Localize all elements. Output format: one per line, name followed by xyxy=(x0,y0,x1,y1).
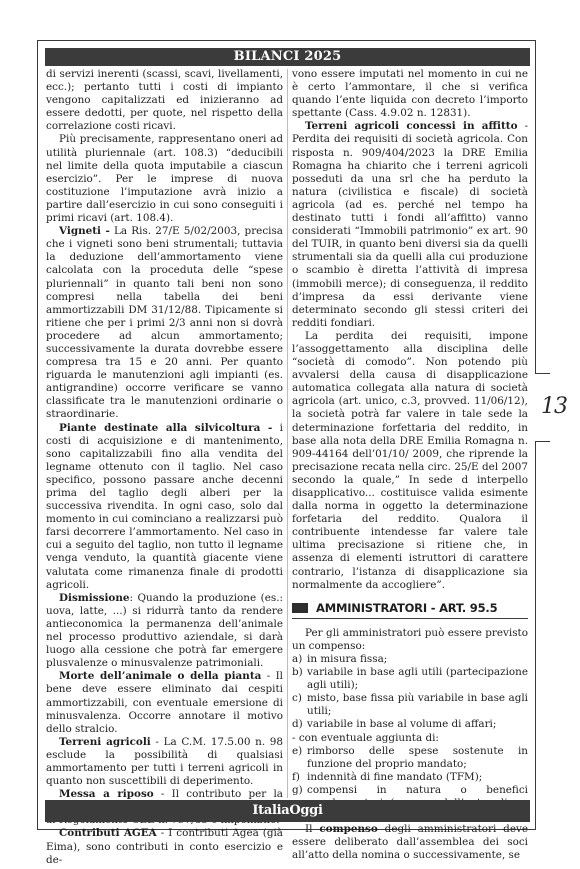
square-bullet-icon xyxy=(292,603,308,613)
page-frame-top xyxy=(37,40,535,41)
paragraph-agea: Contributi AGEA - I contributi Agea (già… xyxy=(46,827,283,866)
section-heading-amministratori: AMMINISTRATORI - ART. 95.5 xyxy=(292,600,528,619)
page-number: 13 xyxy=(541,394,567,419)
column-divider xyxy=(287,69,288,798)
paragraph-dismissione: Dismissione: Quando la produzione (es.: … xyxy=(46,592,283,671)
page-frame-right-lower xyxy=(535,441,536,830)
paragraph-piante: Piante destinate alla silvicoltura - i c… xyxy=(46,422,283,592)
subheading-vigneti: Vigneti - xyxy=(59,225,110,237)
page-number-bracket-top xyxy=(535,373,550,374)
paragraph-intro: Per gli amministratori può essere previs… xyxy=(292,627,528,653)
list-item: e)rimborso delle spese sostenute in funz… xyxy=(292,745,528,771)
subheading-agea: Contributi AGEA xyxy=(59,827,157,839)
subheading-morte: Morte dell’animale o della pianta xyxy=(59,670,261,682)
subheading-piante: Piante destinate alla silvicoltura - xyxy=(59,422,272,434)
paragraph-vigneti: Vigneti - La Ris. 27/E 5/02/2003, precis… xyxy=(46,225,283,421)
subheading-messa-riposo: Messa a riposo xyxy=(59,788,154,800)
paragraph-terreni: Terreni agricoli - La C.M. 17.5.00 n. 98… xyxy=(46,736,283,788)
left-column: di servizi inerenti (scassi, scavi, live… xyxy=(46,68,283,867)
paragraph: vono essere imputati nel momento in cui … xyxy=(292,68,528,120)
paragraph-morte: Morte dell’animale o della pianta - Il b… xyxy=(46,670,283,735)
list-item: a)in misura fissa; xyxy=(292,653,528,666)
paragraph: Più precisamente, rappresentano oneri ad… xyxy=(46,133,283,225)
list-item: f)indennità di fine mandato (TFM); xyxy=(292,771,528,784)
page-number-bracket-bottom xyxy=(535,441,550,442)
bold-compenso: compenso xyxy=(319,823,377,835)
list-item: c)misto, base fissa più variabile in bas… xyxy=(292,692,528,718)
list-item: b)variabile in base agli utili (partecip… xyxy=(292,666,528,692)
publisher-footer-banner: ItaliaOggi xyxy=(45,800,530,822)
paragraph-affitto: Terreni agricoli concessi in affitto - P… xyxy=(292,120,528,330)
list-item: d)variabile in base al volume di affari; xyxy=(292,718,528,731)
subheading-terreni: Terreni agricoli xyxy=(59,736,151,748)
paragraph: La perdita dei requisiti, impone l’assog… xyxy=(292,330,528,592)
right-column: vono essere imputati nel momento in cui … xyxy=(292,68,528,862)
paragraph-compenso: Il compenso degli amministratori deve es… xyxy=(292,823,528,862)
subheading-dismissione: Dismissione xyxy=(59,592,130,604)
paragraph: di servizi inerenti (scassi, scavi, live… xyxy=(46,68,283,133)
paragraph-addition: - con eventuale aggiunta di: xyxy=(292,732,528,745)
section-header-banner: BILANCI 2025 xyxy=(45,48,530,66)
page-frame-left xyxy=(37,40,38,830)
subheading-affitto: Terreni agricoli concessi in affitto xyxy=(305,120,518,132)
page-frame-right-upper xyxy=(535,40,536,373)
